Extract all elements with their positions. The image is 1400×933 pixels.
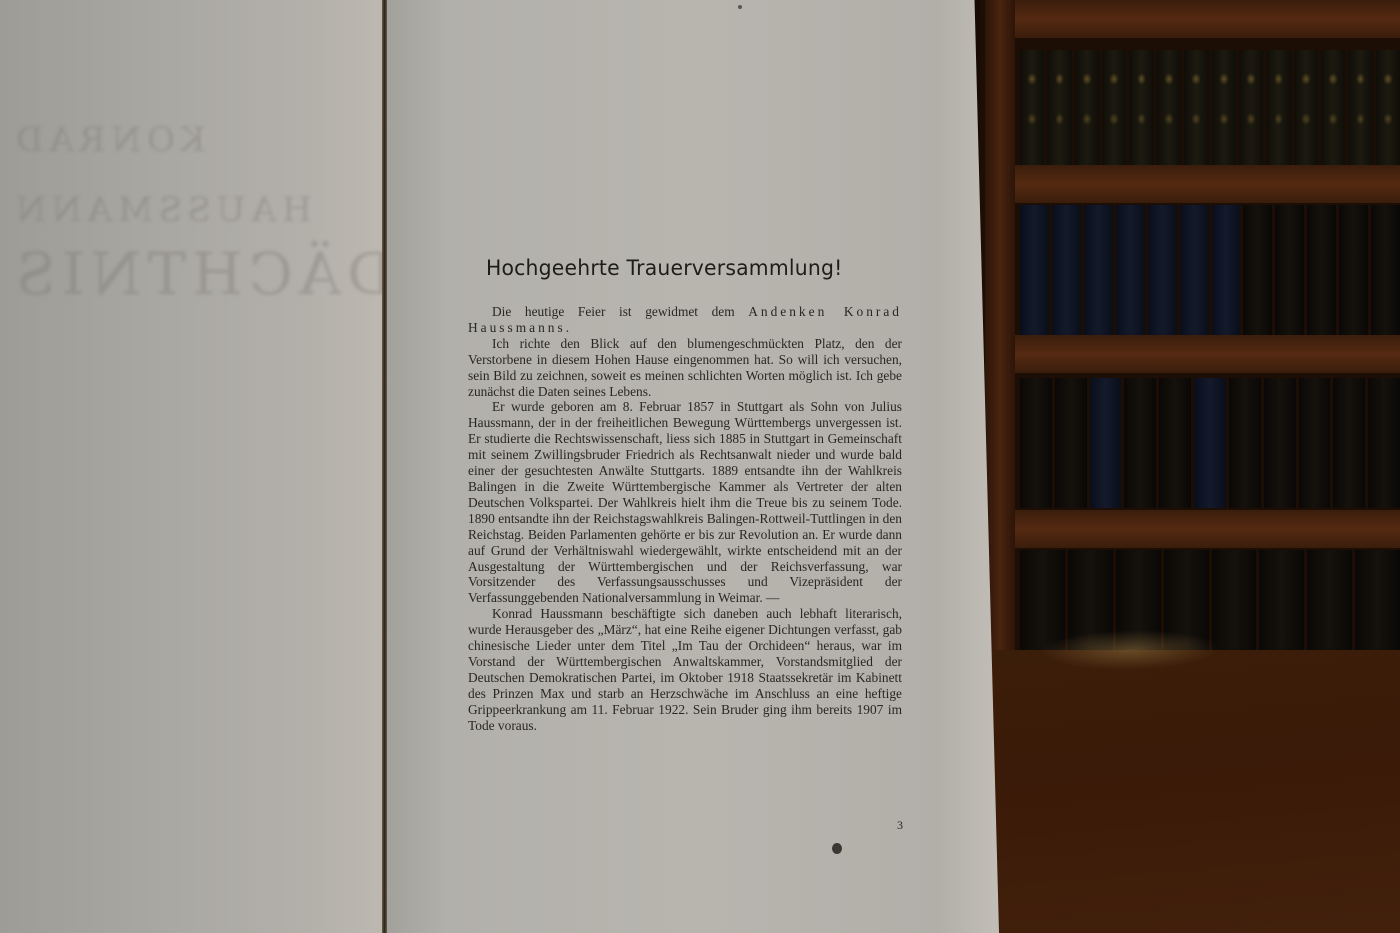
- page-heading: Hochgeehrte Trauerversammlung!: [486, 256, 890, 280]
- shelf-board-top: [1000, 0, 1400, 38]
- paragraph-4: Konrad Haussmann beschäftigte sich daneb…: [468, 606, 902, 733]
- book-row-top: [1020, 50, 1400, 165]
- paragraph-2: Ich richte den Blick auf den blumengesch…: [468, 336, 902, 400]
- left-page: KONRAD HAUSSMANN GEDÄCHTNIS: [0, 0, 385, 933]
- paragraph-1-lead: Die heutige Feier ist gewidmet dem: [492, 304, 748, 319]
- wooden-table: [990, 650, 1400, 933]
- bleed-through-text: HAUSSMANN: [10, 190, 312, 230]
- paper-spot: [738, 5, 742, 9]
- shelf-frame: [985, 0, 1015, 660]
- body-text: Die heutige Feier ist gewidmet dem Anden…: [468, 304, 902, 733]
- book-gutter: [382, 0, 387, 933]
- photo-scene: KONRAD HAUSSMANN GEDÄCHTNIS Hochgeehrte …: [0, 0, 1400, 933]
- page-content: Hochgeehrte Trauerversammlung! Die heuti…: [468, 250, 902, 733]
- book-row-3: [1020, 378, 1400, 508]
- paper-spot: [832, 843, 842, 854]
- table-glare: [1033, 630, 1228, 670]
- shelf-board-3: [1000, 510, 1400, 548]
- bleed-through-text: KONRAD: [10, 120, 206, 160]
- shelf-board-2: [1000, 335, 1400, 373]
- shelf-board-1: [1000, 165, 1400, 203]
- book-row-2: [1020, 205, 1400, 335]
- paragraph-1: Die heutige Feier ist gewidmet dem Anden…: [468, 304, 902, 336]
- paragraph-1-tail: .: [566, 320, 569, 335]
- page-number: 3: [897, 818, 903, 833]
- paragraph-3: Er wurde geboren am 8. Februar 1857 in S…: [468, 399, 902, 606]
